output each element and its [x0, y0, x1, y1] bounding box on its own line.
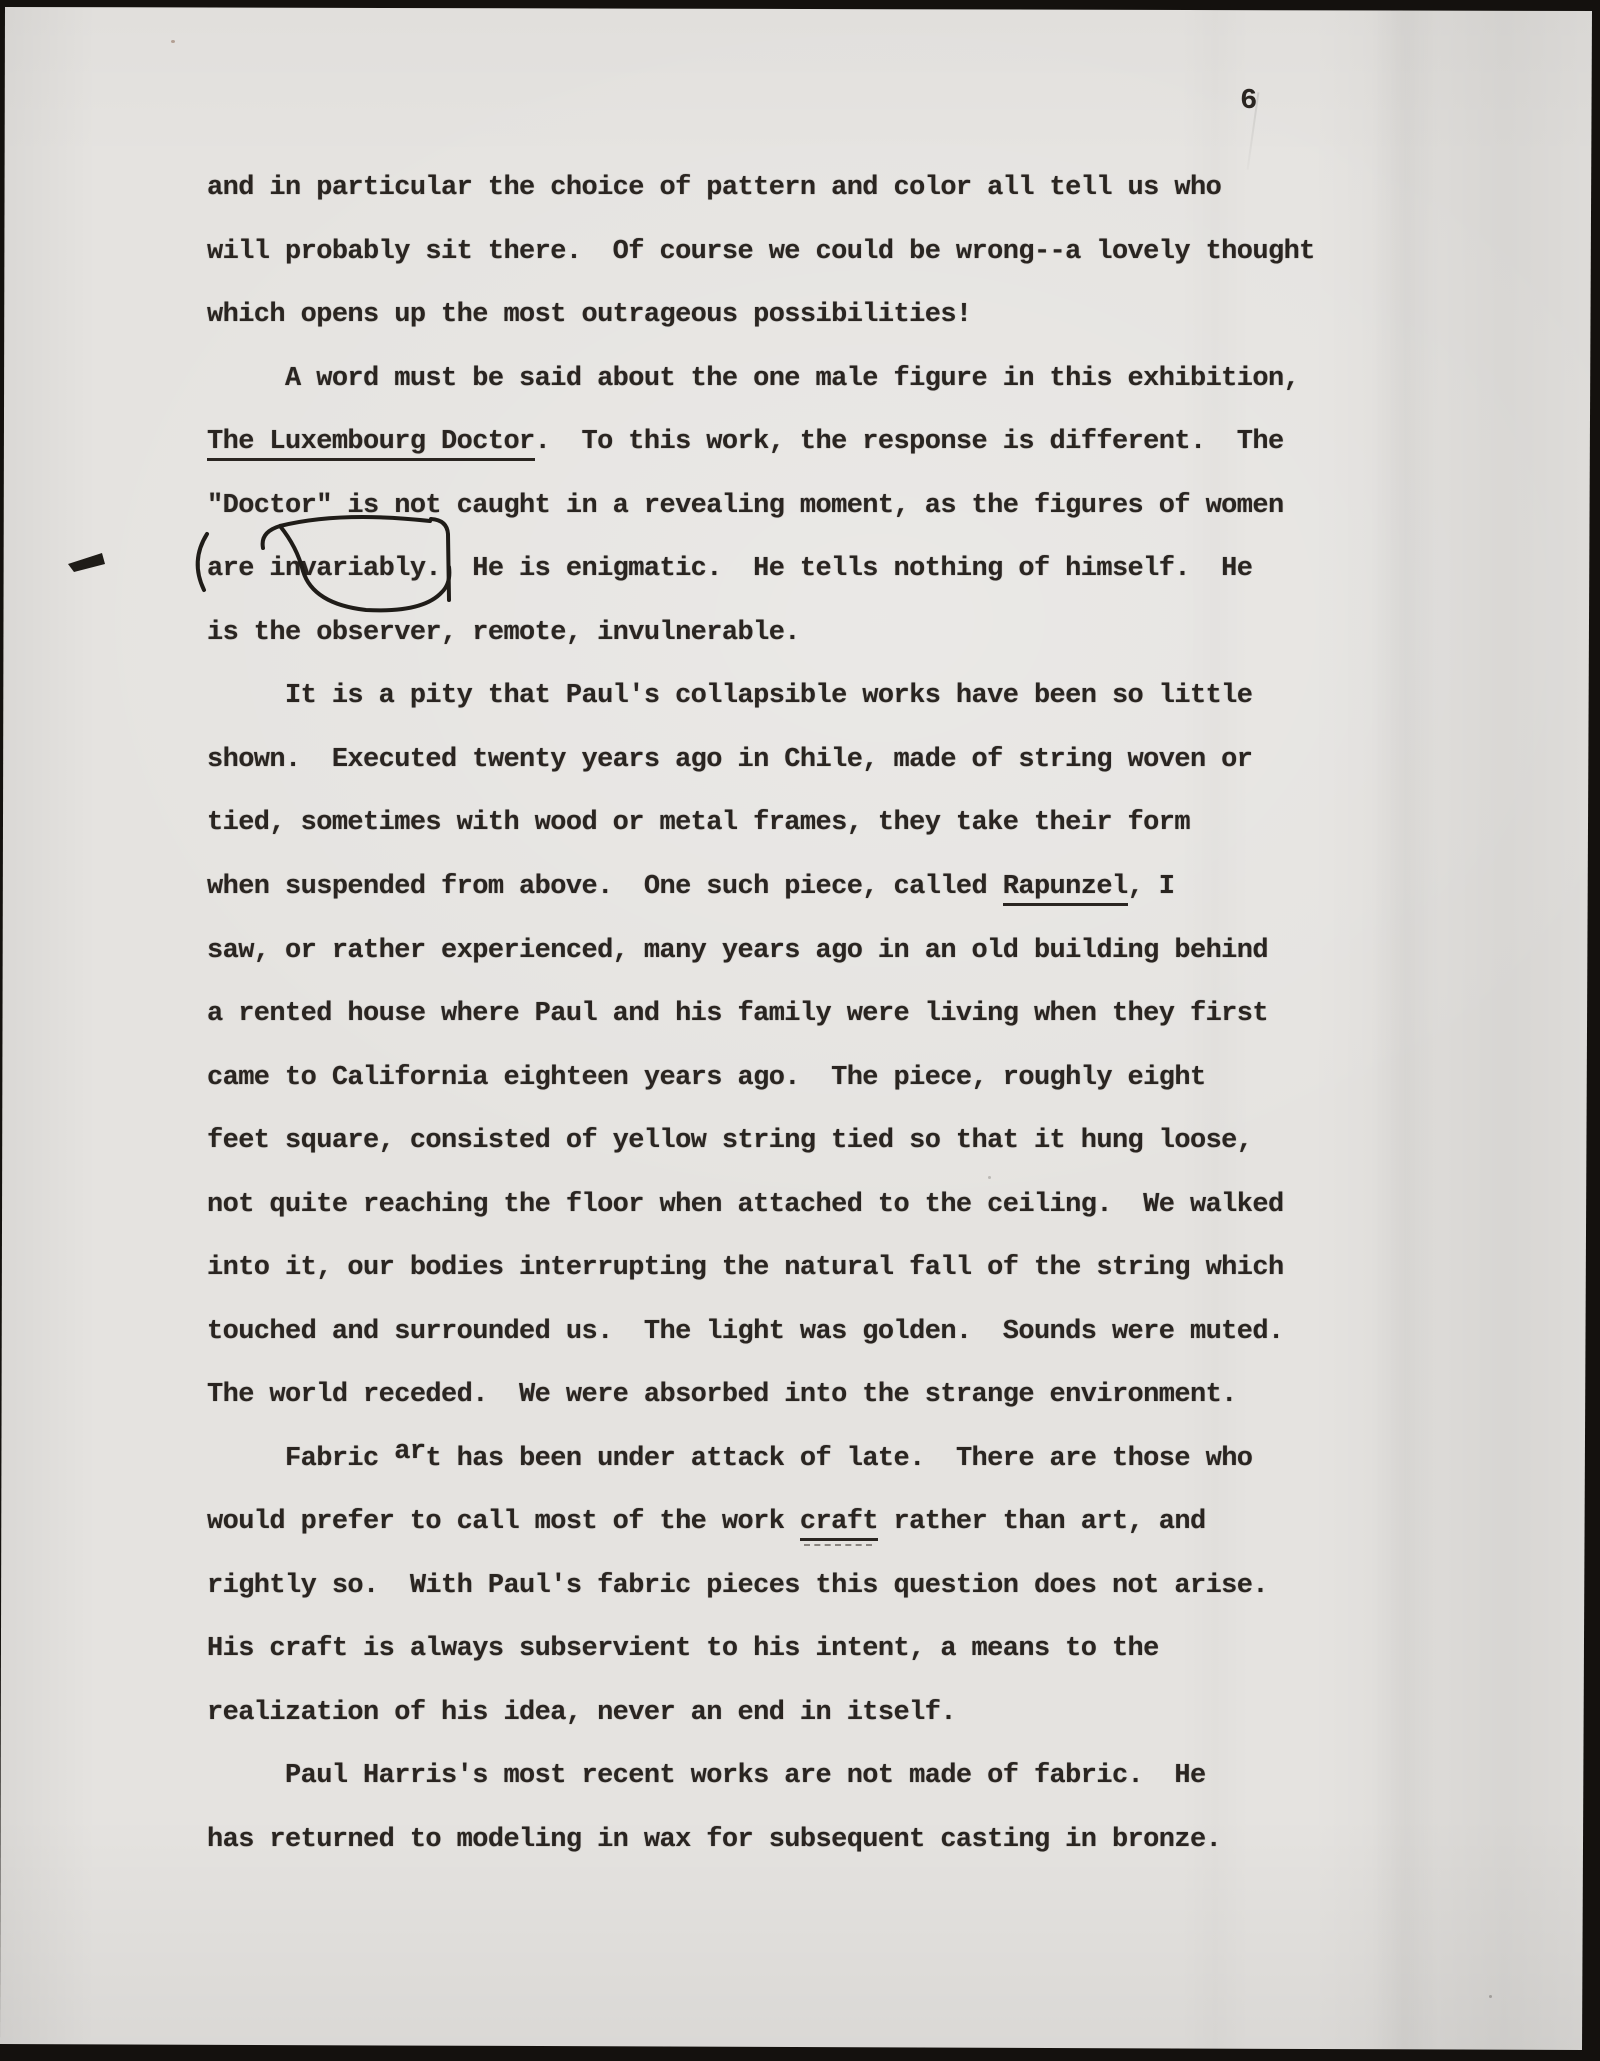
hand-drawn-parenthesis — [198, 534, 207, 590]
text-segment: Paul Harris's most recent works are not … — [207, 1761, 1206, 1791]
emphasized-text: The Luxembourg Doctor — [207, 427, 535, 461]
emphasized-text: craft — [800, 1507, 878, 1541]
text-segment: and in particular the choice of pattern … — [207, 173, 1221, 203]
typewritten-line: is the observer, remote, invulnerable. — [207, 617, 800, 649]
text-segment: feet square, consisted of yellow string … — [207, 1126, 1252, 1156]
text-segment: are invariably. He is enigmatic. He tell… — [207, 554, 1252, 584]
typewritten-line: tied, sometimes with wood or metal frame… — [207, 807, 1190, 839]
text-segment: The world receded. We were absorbed into… — [207, 1380, 1237, 1410]
text-segment: tied, sometimes with wood or metal frame… — [207, 808, 1190, 838]
text-segment: touched and surrounded us. The light was… — [207, 1317, 1284, 1347]
typewritten-line: which opens up the most outrageous possi… — [207, 299, 972, 331]
text-segment: His craft is always subservient to his i… — [207, 1634, 1159, 1664]
text-segment: rightly so. With Paul's fabric pieces th… — [207, 1571, 1268, 1601]
typewritten-line: shown. Executed twenty years ago in Chil… — [207, 744, 1252, 776]
typewritten-line: feet square, consisted of yellow string … — [207, 1125, 1252, 1157]
typewritten-line: when suspended from above. One such piec… — [207, 871, 1174, 903]
typewritten-line: and in particular the choice of pattern … — [207, 172, 1221, 204]
text-segment: would prefer to call most of the work — [207, 1507, 800, 1537]
paper-texture-streak — [1370, 0, 1440, 2061]
typewritten-line: realization of his idea, never an end in… — [207, 1697, 956, 1729]
typewritten-line: has returned to modeling in wax for subs… — [207, 1824, 1221, 1856]
text-segment: shown. Executed twenty years ago in Chil… — [207, 745, 1252, 775]
text-segment: rather than art, and — [878, 1507, 1206, 1537]
typewritten-line: touched and surrounded us. The light was… — [207, 1316, 1284, 1348]
text-segment: "Doctor" is not caught in a revealing mo… — [207, 491, 1284, 521]
margin-dash-mark — [68, 553, 105, 572]
typewritten-line: The world receded. We were absorbed into… — [207, 1379, 1237, 1411]
text-segment: . To this work, the response is differen… — [535, 427, 1284, 457]
text-segment: , I — [1128, 872, 1175, 902]
paper-speck — [171, 40, 175, 43]
text-segment: a rented house where Paul and his family… — [207, 999, 1268, 1029]
emphasized-text: Rapunzel — [1003, 872, 1128, 906]
emphasized-text: ar — [394, 1437, 425, 1467]
text-segment: when suspended from above. One such piec… — [207, 872, 1003, 902]
typewritten-line: will probably sit there. Of course we co… — [207, 236, 1315, 268]
text-segment: will probably sit there. Of course we co… — [207, 237, 1315, 267]
typewritten-line: The Luxembourg Doctor. To this work, the… — [207, 426, 1284, 458]
typewritten-line: into it, our bodies interrupting the nat… — [207, 1252, 1284, 1284]
paper-texture-streak — [1180, 0, 1250, 2061]
text-segment: is the observer, remote, invulnerable. — [207, 618, 800, 648]
text-segment: which opens up the most outrageous possi… — [207, 300, 972, 330]
text-segment: has returned to modeling in wax for subs… — [207, 1825, 1221, 1855]
paper-speck — [1489, 1995, 1492, 1998]
text-segment: came to California eighteen years ago. T… — [207, 1063, 1206, 1093]
text-segment: A word must be said about the one male f… — [207, 364, 1299, 394]
text-segment: It is a pity that Paul's collapsible wor… — [207, 681, 1252, 711]
typewritten-line: not quite reaching the floor when attach… — [207, 1189, 1284, 1221]
typewritten-line: Paul Harris's most recent works are not … — [207, 1760, 1206, 1792]
paper-sheet: 6 and in particular the choice of patter… — [0, 0, 1600, 2061]
text-segment: into it, our bodies interrupting the nat… — [207, 1253, 1284, 1283]
text-segment: t has been under attack of late. There a… — [425, 1444, 1252, 1474]
text-segment: realization of his idea, never an end in… — [207, 1698, 956, 1728]
typewritten-line: came to California eighteen years ago. T… — [207, 1062, 1206, 1094]
typewritten-line: saw, or rather experienced, many years a… — [207, 935, 1268, 967]
typewritten-line: rightly so. With Paul's fabric pieces th… — [207, 1570, 1268, 1602]
paper-speck — [988, 1176, 991, 1179]
text-segment: Fabric — [207, 1444, 394, 1474]
typewritten-line: "Doctor" is not caught in a revealing mo… — [207, 490, 1284, 522]
typewritten-line: are invariably. He is enigmatic. He tell… — [207, 553, 1252, 585]
typewritten-line: His craft is always subservient to his i… — [207, 1633, 1159, 1665]
text-segment: saw, or rather experienced, many years a… — [207, 936, 1268, 966]
typewritten-line: a rented house where Paul and his family… — [207, 998, 1268, 1030]
typewritten-line: A word must be said about the one male f… — [207, 363, 1299, 395]
scanned-typescript-page: 6 and in particular the choice of patter… — [0, 0, 1600, 2061]
typewritten-line: Fabric art has been under attack of late… — [207, 1443, 1252, 1475]
text-segment: not quite reaching the floor when attach… — [207, 1190, 1284, 1220]
typewritten-line: It is a pity that Paul's collapsible wor… — [207, 680, 1252, 712]
typewritten-line: would prefer to call most of the work cr… — [207, 1506, 1206, 1538]
